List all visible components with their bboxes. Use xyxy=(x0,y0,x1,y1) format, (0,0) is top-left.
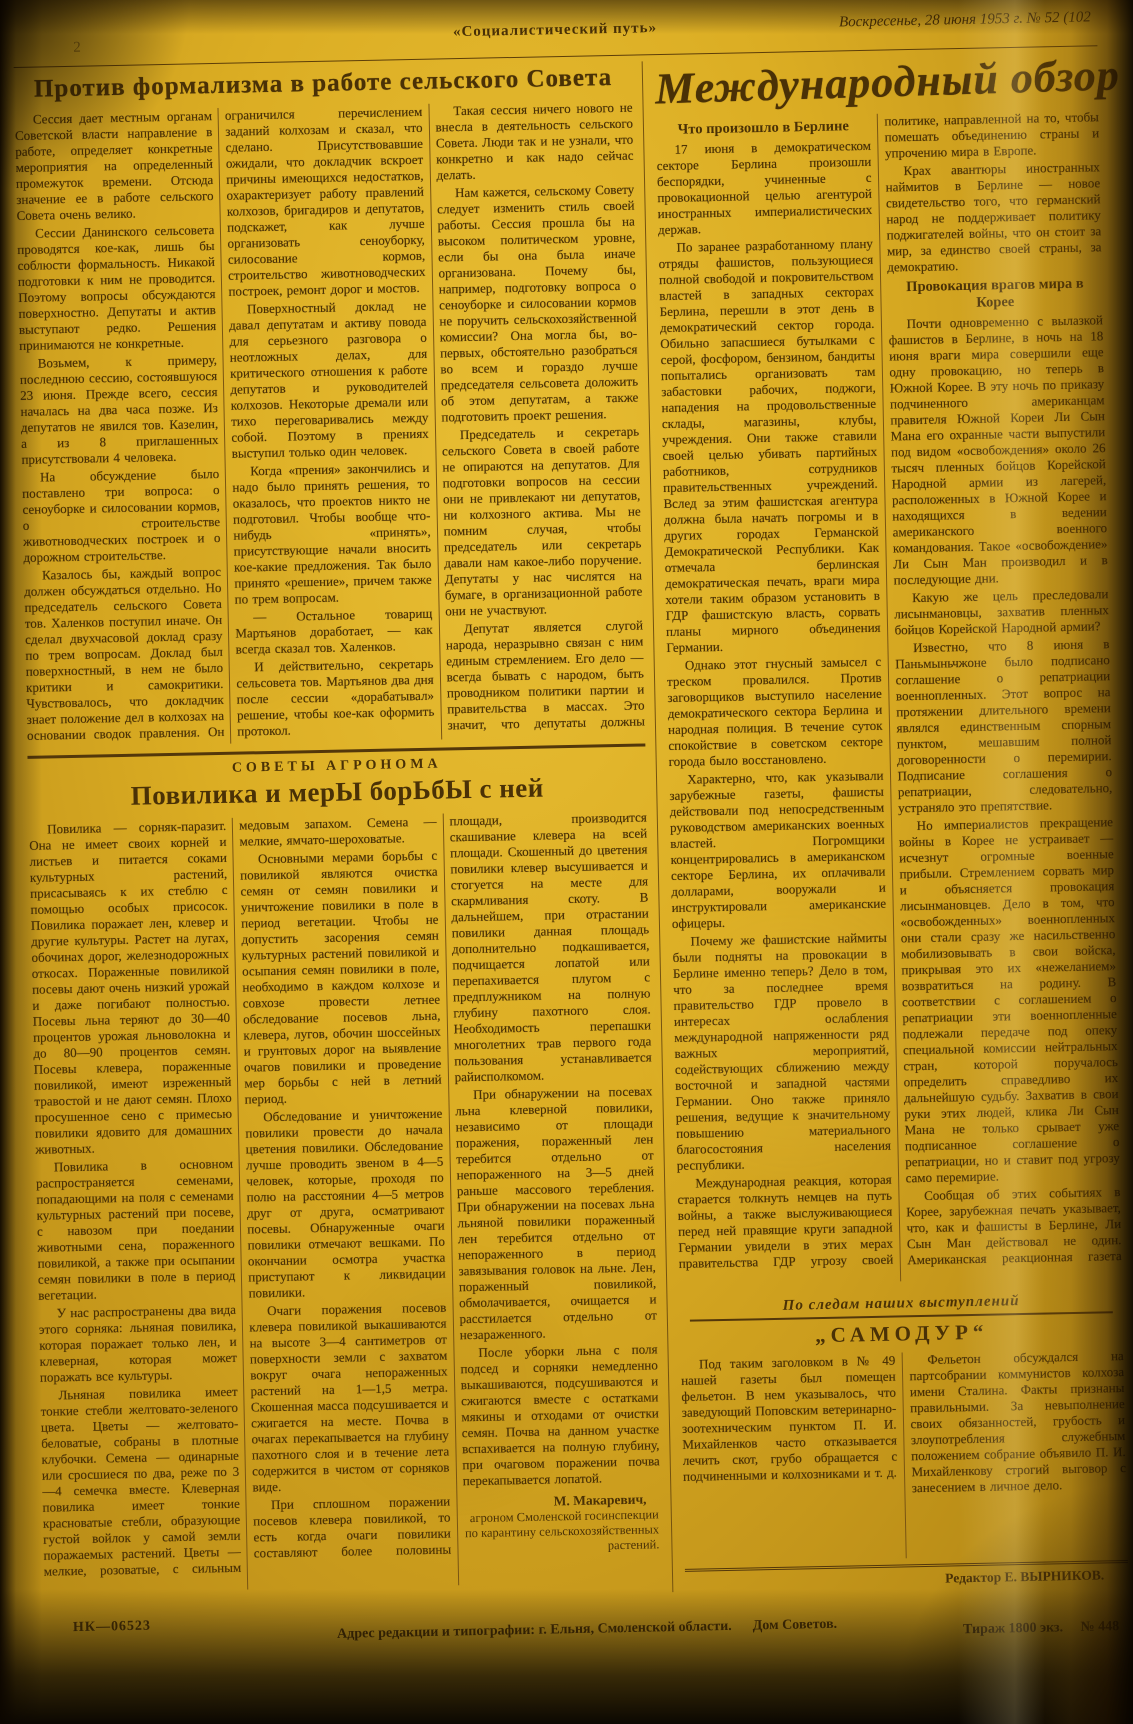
samodur-kicker: По следам наших выступлений xyxy=(690,1291,1113,1321)
paragraph: Такая сессия ничего нового не внесла в д… xyxy=(435,100,634,184)
imprint-house: Дом Советов. xyxy=(753,1617,838,1634)
paragraph: Возьмем, к примеру, последнюю сессию, со… xyxy=(19,352,219,468)
page-body: Против формализма в работе сельского Сов… xyxy=(14,52,1129,1604)
imprint-circulation-text: Тираж 1800 экз. xyxy=(963,1620,1063,1637)
imprint-circulation: Тираж 1800 экз. № 448 xyxy=(963,1619,1119,1638)
paragraph: По заранее разработанному плану отряды ф… xyxy=(658,236,881,656)
review-subtitle-berlin: Что произошло в Берлине xyxy=(656,118,871,139)
paragraph: 17 июня в демократическом секторе Берлин… xyxy=(656,138,872,238)
paragraph: Поверхностный доклад не давал депутатам … xyxy=(229,298,429,462)
page-content: 2 «Социалистический путь» Воскресенье, 2… xyxy=(13,3,1130,1684)
paragraph: Однако этот гнусный замысел с треском пр… xyxy=(667,654,884,770)
review-title: Международный обзор xyxy=(654,50,1098,115)
paragraph: После уборки льна с поля подсед и сорняк… xyxy=(460,1341,660,1489)
paragraph: Почему же фашистские наймиты были поднят… xyxy=(672,930,891,1174)
newspaper-photo: 2 «Социалистический путь» Воскресенье, 2… xyxy=(0,0,1133,1724)
article-body: Сессия дает местным органам Советской вл… xyxy=(15,100,646,748)
article-samodur: По следам наших выступлений „САМОДУР“ По… xyxy=(680,1291,1129,1592)
paragraph: — Остальное товарищ Мартьянов доработает… xyxy=(235,606,433,658)
samodur-body: Под таким заголовком в № 49 нашей газеты… xyxy=(681,1348,1128,1563)
paragraph: Председатель и секретарь сельского Совет… xyxy=(442,424,643,620)
newspaper-page: 2 «Социалистический путь» Воскресенье, 2… xyxy=(0,0,1133,1724)
paragraph: Очаги поражения посевов клевера повилико… xyxy=(249,1300,450,1496)
agronomist-signature: М. Макаревич, агроном Смоленской госинсп… xyxy=(463,1491,662,1556)
article-formalism: Против формализма в работе сельского Сов… xyxy=(14,64,645,748)
paragraph: Повилика в основном распространяется сем… xyxy=(36,1156,236,1304)
article-title: Против формализма в работе сельского Сов… xyxy=(14,64,632,104)
paragraph: Известно, что 8 июня в Паньмыньчжоне был… xyxy=(895,636,1113,816)
paragraph: И действительно, секретарь сельсовета то… xyxy=(236,656,435,740)
review-body: Что произошло в Берлине 17 июня в демокр… xyxy=(656,109,1122,1286)
paragraph: Фельетон обсуждался на партсобрании комм… xyxy=(909,1348,1126,1496)
editor-line: Редактор Е. ВЫРНИКОВ. xyxy=(685,1560,1128,1592)
paragraph: Сессии Данинского сельсовета проводятся … xyxy=(17,222,217,354)
review-signature: А. Георгиев. xyxy=(1115,227,1122,247)
review-subtitle-korea: Провокация врагов мира в Корее xyxy=(888,275,1103,313)
paragraph: Под таким заголовком в № 49 нашей газеты… xyxy=(681,1353,898,1485)
imprint-address-text: Адрес редакции и типографии: г. Ельня, С… xyxy=(337,1619,732,1642)
paragraph: При обнаружении на посевах льна клеверно… xyxy=(455,1083,657,1343)
paragraph: Когда «прения» закончились и надо было п… xyxy=(232,460,432,608)
paragraph: На обсуждение было поставлено три вопрос… xyxy=(22,466,221,566)
paragraph: Почти одновременно с вылазкой фашистов в… xyxy=(888,312,1108,588)
article-agronomist: СОВЕТЫ АГРОНОМА Повилика и мерЫ борЬбЫ с… xyxy=(28,752,663,1593)
paragraph: Основными мерами борьбы с повиликой явля… xyxy=(240,848,442,1108)
paragraph: Но империалистов прекращение войны в Кор… xyxy=(898,814,1120,1186)
imprint: НК—06523 Адрес редакции и типографии: г.… xyxy=(45,1597,1130,1665)
agronomist-body: Повилика — сорняк-паразит. Она не имеет … xyxy=(29,809,662,1593)
right-zone: Международный обзор Что произошло в Берл… xyxy=(642,52,1129,1592)
paragraph: Крах авантюры иностранных наймитов в Бер… xyxy=(885,159,1102,275)
paragraph: Какую же цель преследовали лисынмановцы,… xyxy=(894,586,1109,638)
article-international-review: Международный обзор Что произошло в Берл… xyxy=(655,52,1122,1286)
paragraph: Нам кажется, сельскому Совету следует из… xyxy=(437,182,639,426)
paragraph: Обследование и уничтожение повилики пров… xyxy=(245,1106,446,1302)
paragraph: Сессия дает местным органам Советской вл… xyxy=(15,108,215,224)
samodur-title: „САМОДУР“ xyxy=(680,1317,1123,1351)
paragraph: У нас распространены два вида этого сорн… xyxy=(38,1302,237,1386)
imprint-order-no: № 448 xyxy=(1080,1619,1119,1635)
paragraph: Повилика — сорняк-паразит. Она не имеет … xyxy=(29,818,233,1158)
left-zone: Против формализма в работе сельского Сов… xyxy=(14,61,673,1604)
signature-role: агроном Смоленской госинспекции по каран… xyxy=(463,1507,661,1556)
paragraph: Характерно, что, как указывали зарубежны… xyxy=(669,768,887,932)
